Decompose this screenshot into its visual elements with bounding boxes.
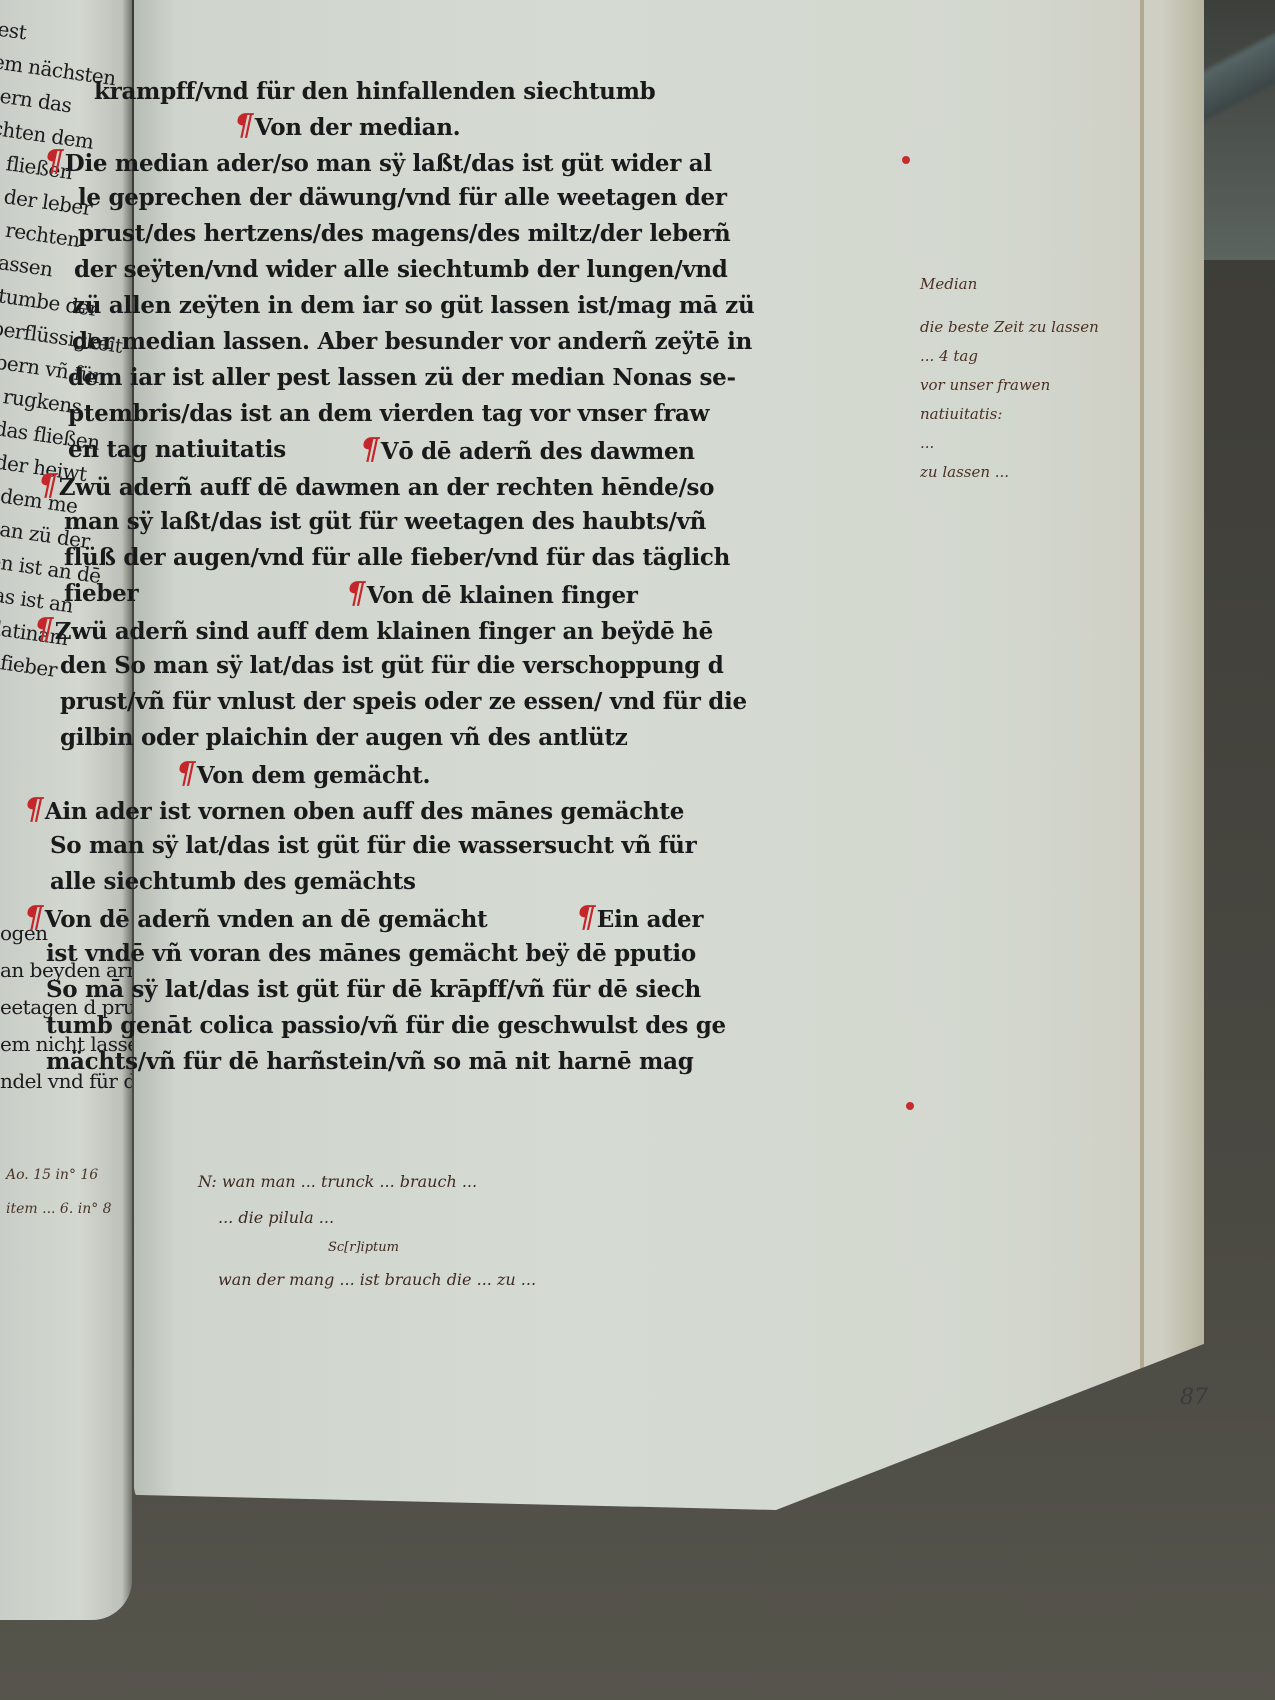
pilcrow-icon: ¶ [230, 108, 256, 144]
pilcrow-icon: ¶ [40, 144, 66, 180]
page-edge-stain [1140, 0, 1144, 1370]
left-handwritten-notes: Ao. 15 in° 16 item ... 6. in° 8 [6, 1158, 132, 1226]
section-heading-median: ¶Von der median. [234, 108, 460, 144]
text-line: ¶Von dē aderñ vnden an dē gemächt [24, 900, 487, 936]
red-ink-mark [902, 156, 910, 164]
margin-note: ... [920, 429, 1210, 458]
pilcrow-icon: ¶ [356, 432, 382, 468]
text-line: tumb genāt colica passio/vñ für die gesc… [46, 1008, 726, 1044]
text-line: krampff/vnd für den hinfallenden siechtu… [94, 74, 655, 110]
margin-note: zu lassen ... [920, 458, 1210, 487]
text-line: en tag natiuitatis [68, 432, 286, 468]
pilcrow-icon: ¶ [572, 900, 598, 936]
text-line: ¶Ain ader ist vornen oben auff des mānes… [24, 792, 684, 828]
handwritten-note: N: wan man ... trunck ... brauch ... [198, 1172, 477, 1191]
text-line: So mā sÿ lat/das ist güt für dē krāpff/v… [46, 972, 701, 1008]
section-heading-gemaecht: ¶Von dem gemächt. [176, 756, 430, 792]
margin-note: die beste Zeit zu lassen [920, 313, 1210, 342]
text-line: alle siechtumb des gemächts [50, 864, 416, 900]
pilcrow-icon: ¶ [20, 900, 46, 936]
right-margin-notes: Median die beste Zeit zu lassen ... 4 ta… [920, 270, 1210, 487]
red-ink-mark [906, 1102, 914, 1110]
text-line: den So man sÿ lat/das ist güt für die ve… [60, 648, 724, 684]
folio-number: 87 [1180, 1385, 1208, 1410]
text-line: fieber [64, 576, 138, 612]
pilcrow-icon: ¶ [34, 468, 60, 504]
margin-note: natiuitatis: [920, 400, 1210, 429]
text-line: ist vndē vñ voran des mānes gemächt beÿ … [46, 936, 696, 972]
text-line: prust/des hertzens/des magens/des miltz/… [78, 216, 730, 252]
handwritten-note: Sc[r]iptum [328, 1240, 399, 1255]
text-line: le geprechen der däwung/vnd für alle wee… [78, 180, 727, 216]
text-line: ¶Zwü aderñ auff dē dawmen an der rechten… [38, 468, 714, 504]
text-line: dem iar ist aller pest lassen zü der med… [68, 360, 736, 396]
text-line: der median lassen. Aber besunder vor and… [72, 324, 752, 360]
text-line: ptembris/das ist an dem vierden tag vor … [68, 396, 709, 432]
text-line: ¶Zwü aderñ sind auff dem klainen finger … [34, 612, 713, 648]
section-heading-finger: ¶Von dē klainen finger [346, 576, 638, 612]
pilcrow-icon: ¶ [20, 792, 46, 828]
text-line: zü allen zeÿten in dem iar so güt lassen… [72, 288, 754, 324]
text-line: man sÿ laßt/das ist güt für weetagen des… [64, 504, 706, 540]
pilcrow-icon: ¶ [172, 756, 198, 792]
text-line: mächts/vñ für dē harñstein/vñ so mā nit … [46, 1044, 693, 1080]
margin-note: ... 4 tag [920, 342, 1210, 371]
margin-note: Median [920, 270, 1210, 299]
margin-note: vor unser frawen [920, 371, 1210, 400]
text-line: flüß der augen/vnd für alle fieber/vnd f… [64, 540, 730, 576]
text-line: ¶Ein ader [576, 900, 703, 936]
handwritten-note: wan der mang ... ist brauch die ... zu .… [218, 1270, 536, 1289]
handwritten-note: Ao. 15 in° 16 [6, 1158, 132, 1192]
handwritten-note: ... die pilula ... [218, 1208, 334, 1227]
handwritten-note: item ... 6. in° 8 [6, 1192, 132, 1226]
section-heading-dawmen: ¶Vō dē aderñ des dawmen [360, 432, 695, 468]
text-line: ¶Die median ader/so man sÿ laßt/das ist … [44, 144, 712, 180]
text-line: So man sÿ lat/das ist güt für die wasser… [50, 828, 696, 864]
text-line: der seÿten/vnd wider alle siechtumb der … [74, 252, 728, 288]
text-line: gilbin oder plaichin der augen vñ des an… [60, 720, 628, 756]
pilcrow-icon: ¶ [342, 576, 368, 612]
text-line: prust/vñ für vnlust der speis oder ze es… [60, 684, 747, 720]
pilcrow-icon: ¶ [30, 612, 56, 648]
